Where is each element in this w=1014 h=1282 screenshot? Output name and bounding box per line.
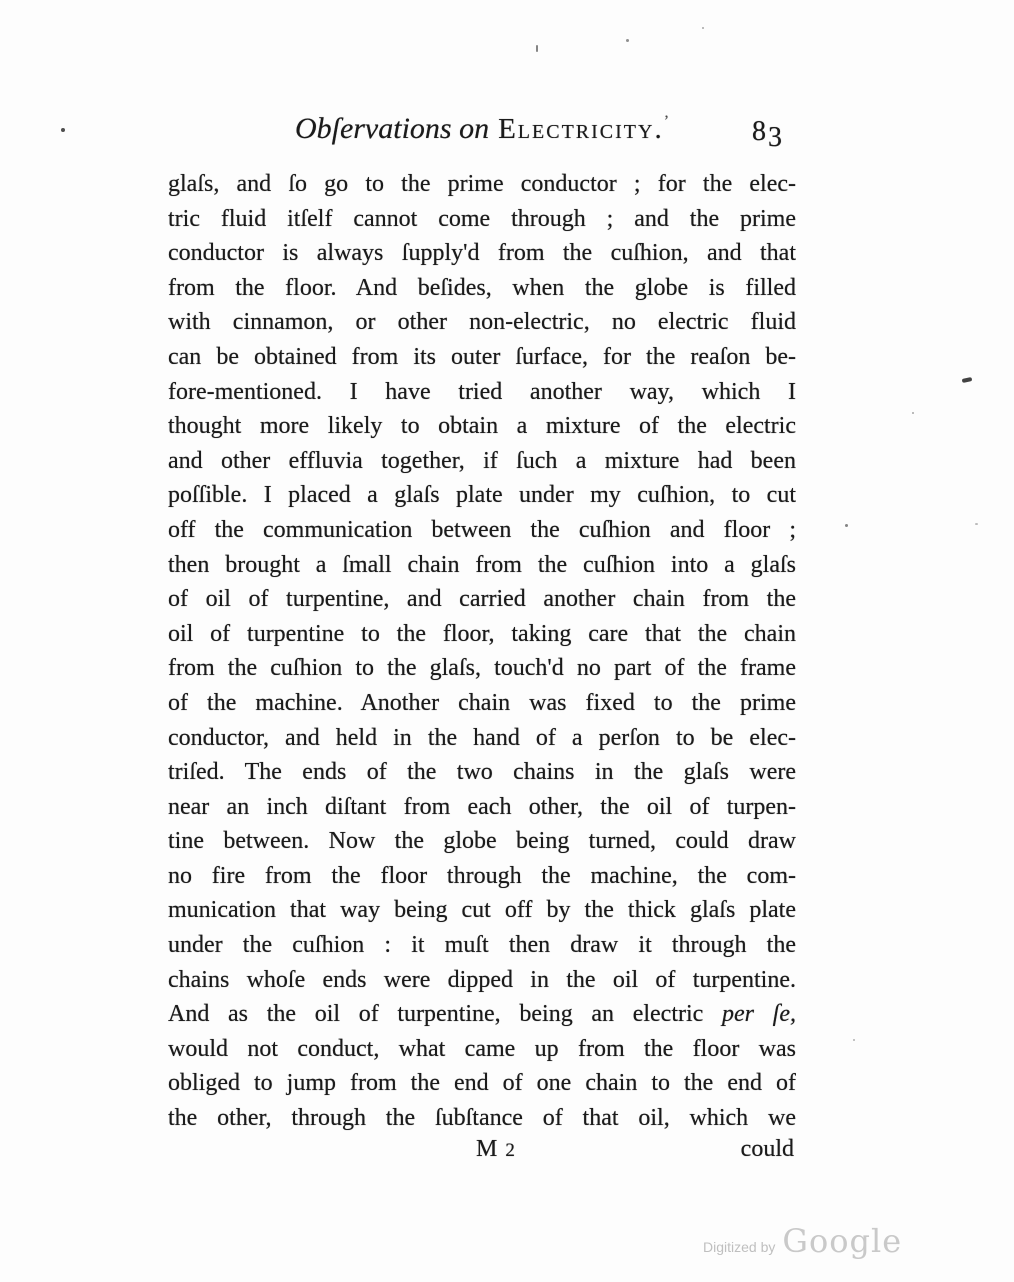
text-line: tine between. Now the globe being turned… bbox=[168, 824, 796, 859]
text-line: from the floor. And beſides, when the gl… bbox=[168, 271, 796, 306]
text-line: of oil of turpentine, and carried anothe… bbox=[168, 582, 796, 617]
google-logo: Google bbox=[782, 1222, 902, 1260]
text-line: oil of turpentine to the floor, taking c… bbox=[168, 617, 796, 652]
ink-speck bbox=[975, 523, 978, 525]
text-line: conductor, and held in the hand of a per… bbox=[168, 721, 796, 756]
text-line: of the machine. Another chain was fixed … bbox=[168, 686, 796, 721]
running-title-smallcaps: Electricity. bbox=[498, 113, 664, 145]
digitized-by-label: Digitized by bbox=[703, 1239, 775, 1255]
ink-speck bbox=[536, 45, 538, 52]
signature-letter: M bbox=[476, 1136, 499, 1162]
page-number-digit: 8 bbox=[752, 116, 766, 147]
text-line: off the communication between the cuſhio… bbox=[168, 513, 796, 548]
text-line: the other, through the ſubſtance of that… bbox=[168, 1101, 796, 1136]
running-header: Obſervations onElectricity.’ 83 bbox=[168, 112, 796, 160]
ink-speck bbox=[962, 377, 973, 383]
google-watermark: Digitized by Google bbox=[703, 1222, 902, 1260]
signature-number: 2 bbox=[505, 1140, 517, 1161]
text-line: tric fluid itſelf cannot come through ; … bbox=[168, 202, 796, 237]
text-line: glaſs, and ſo go to the prime conductor … bbox=[168, 167, 796, 202]
signature-mark: M2 bbox=[476, 1136, 517, 1163]
text-line: can be obtained from its outer ſurface, … bbox=[168, 340, 796, 375]
text-line: obliged to jump from the end of one chai… bbox=[168, 1066, 796, 1101]
text-line: and other effluvia together, if ſuch a m… bbox=[168, 444, 796, 479]
text-line: fore-mentioned. I have tried another way… bbox=[168, 375, 796, 410]
text-line: poſſible. I placed a glaſs plate under m… bbox=[168, 478, 796, 513]
ink-speck bbox=[702, 27, 704, 29]
text-line: near an inch diſtant from each other, th… bbox=[168, 790, 796, 825]
latin-phrase-italic: per ſe, bbox=[722, 1001, 796, 1027]
catchword: could bbox=[741, 1136, 794, 1163]
text-line: from the cuſhion to the glaſs, touch'd n… bbox=[168, 651, 796, 686]
page-number: 83 bbox=[752, 116, 782, 148]
ink-speck bbox=[845, 524, 848, 527]
text-line: conductor is always ſupply'd from the cu… bbox=[168, 236, 796, 271]
text-line: triſed. The ends of the two chains in th… bbox=[168, 755, 796, 790]
ink-speck bbox=[626, 39, 629, 42]
running-title-italic: Obſervations on bbox=[295, 112, 489, 145]
text-line: then brought a ſmall chain from the cuſh… bbox=[168, 548, 796, 583]
text-line-with-italic: And as the oil of turpentine, being an e… bbox=[168, 997, 796, 1032]
stray-mark: ’ bbox=[664, 113, 669, 130]
text-line: chains whoſe ends were dipped in the oil… bbox=[168, 963, 796, 998]
text-segment: And as the oil of turpentine, being an e… bbox=[168, 1001, 722, 1027]
book-page-scan: Obſervations onElectricity.’ 83 glaſs, a… bbox=[0, 0, 1014, 1282]
page-number-digit: 3 bbox=[768, 122, 782, 153]
ink-speck bbox=[912, 412, 914, 414]
text-line: with cinnamon, or other non-electric, no… bbox=[168, 305, 796, 340]
text-line: thought more likely to obtain a mixture … bbox=[168, 409, 796, 444]
text-line: munication that way being cut off by the… bbox=[168, 893, 796, 928]
ink-speck bbox=[853, 1039, 855, 1041]
page-footer: M2 could bbox=[168, 1136, 796, 1172]
text-line: under the cuſhion : it muſt then draw it… bbox=[168, 928, 796, 963]
text-line: would not conduct, what came up from the… bbox=[168, 1032, 796, 1067]
body-text-block: glaſs, and ſo go to the prime conductor … bbox=[168, 167, 796, 1136]
text-line: no fire from the floor through the machi… bbox=[168, 859, 796, 894]
ink-speck bbox=[61, 128, 65, 132]
